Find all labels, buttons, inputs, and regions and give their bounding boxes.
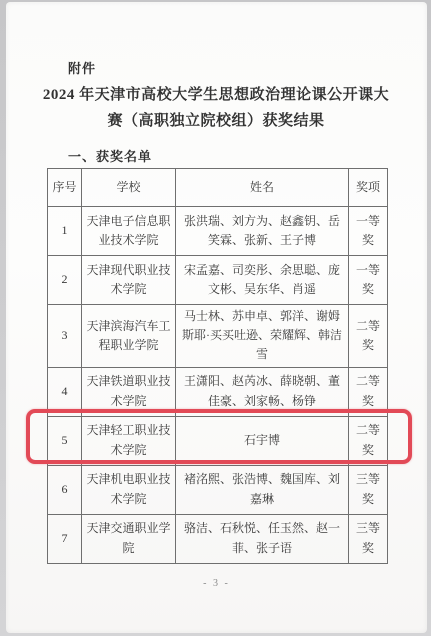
cell-school: 天津轻工职业技术学院 (82, 416, 176, 465)
cell-award: 二等奖 (349, 305, 388, 368)
cell-award: 一等奖 (349, 256, 388, 305)
header-school: 学校 (82, 169, 176, 207)
cell-no: 7 (48, 514, 82, 563)
cell-no: 1 (48, 207, 82, 256)
section-heading: 一、获奖名单 (68, 146, 152, 165)
table-row: 4 天津铁道职业技术学院 王潇阳、赵芮冰、薛晓朝、董佳豪、刘家畅、杨铮 二等奖 (48, 367, 388, 416)
cell-award: 一等奖 (349, 207, 388, 256)
header-award: 奖项 (349, 169, 388, 207)
table-row: 2 天津现代职业技术学院 宋孟嘉、司奕彤、余思聪、庞文彬、吴东华、肖遥 一等奖 (48, 256, 388, 305)
cell-school: 天津铁道职业技术学院 (82, 367, 176, 416)
document-photo: 附件 2024 年天津市高校大学生思想政治理论课公开课大 赛（高职独立院校组）获… (0, 0, 431, 636)
table-row-highlighted: 5 天津轻工职业技术学院 石宇博 二等奖 (48, 416, 388, 465)
table-header-row: 序号 学校 姓名 奖项 (48, 169, 388, 207)
cell-school: 天津滨海汽车工程职业学院 (82, 305, 176, 368)
document-page: 附件 2024 年天津市高校大学生思想政治理论课公开课大 赛（高职独立院校组）获… (6, 2, 427, 633)
cell-names: 褚洺熙、张浩博、魏国库、刘嘉琳 (176, 465, 349, 514)
cell-names: 王潇阳、赵芮冰、薛晓朝、董佳豪、刘家畅、杨铮 (176, 367, 349, 416)
cell-names: 宋孟嘉、司奕彤、余思聪、庞文彬、吴东华、肖遥 (176, 256, 349, 305)
document-title: 2024 年天津市高校大学生思想政治理论课公开课大 赛（高职独立院校组）获奖结果 (36, 82, 396, 134)
header-names: 姓名 (176, 169, 349, 207)
cell-school: 天津电子信息职业技术学院 (82, 207, 176, 256)
header-no: 序号 (48, 169, 82, 207)
page-number: - 3 - (6, 578, 427, 589)
cell-school: 天津机电职业技术学院 (82, 465, 176, 514)
document-title-line2: 赛（高职独立院校组）获奖结果 (36, 108, 396, 134)
cell-school: 天津现代职业技术学院 (82, 256, 176, 305)
cell-no: 4 (48, 367, 82, 416)
cell-names: 石宇博 (176, 416, 349, 465)
document-title-line1: 2024 年天津市高校大学生思想政治理论课公开课大 (36, 82, 396, 108)
cell-award: 二等奖 (349, 416, 388, 465)
table-row: 1 天津电子信息职业技术学院 张洪瑞、刘方为、赵鑫钥、岳笑霖、张新、王子博 一等… (48, 207, 388, 256)
cell-award: 三等奖 (349, 514, 388, 563)
cell-no: 2 (48, 256, 82, 305)
attachment-label: 附件 (68, 58, 96, 77)
table-row: 6 天津机电职业技术学院 褚洺熙、张浩博、魏国库、刘嘉琳 三等奖 (48, 465, 388, 514)
cell-no: 5 (48, 416, 82, 465)
cell-no: 3 (48, 305, 82, 368)
cell-names: 骆洁、石秋悦、任玉然、赵一菲、张子语 (176, 514, 349, 563)
cell-names: 马士林、苏申卓、郭洋、谢姆斯耶·买买吐逊、荣耀辉、韩洁雪 (176, 305, 349, 368)
cell-school: 天津交通职业学院 (82, 514, 176, 563)
cell-names: 张洪瑞、刘方为、赵鑫钥、岳笑霖、张新、王子博 (176, 207, 349, 256)
table-row: 7 天津交通职业学院 骆洁、石秋悦、任玉然、赵一菲、张子语 三等奖 (48, 514, 388, 563)
cell-award: 三等奖 (349, 465, 388, 514)
cell-award: 二等奖 (349, 367, 388, 416)
table-row: 3 天津滨海汽车工程职业学院 马士林、苏申卓、郭洋、谢姆斯耶·买买吐逊、荣耀辉、… (48, 305, 388, 368)
awards-table: 序号 学校 姓名 奖项 1 天津电子信息职业技术学院 张洪瑞、刘方为、赵鑫钥、岳… (47, 168, 388, 564)
cell-no: 6 (48, 465, 82, 514)
